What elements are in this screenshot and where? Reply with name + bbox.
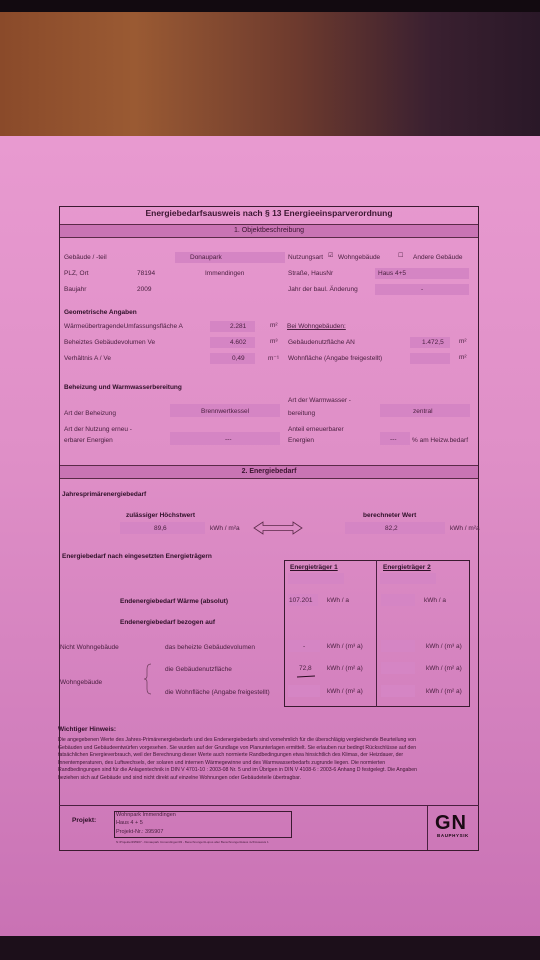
berechnet-value: 82,2	[385, 525, 398, 532]
row-wohnflaeche-unit-1: kWh / (m² a)	[327, 688, 363, 695]
geometrie-heading: Geometrische Angaben	[64, 309, 137, 316]
row-wohnflaeche-label: die Wohnfläche (Angabe freigestellt)	[165, 689, 270, 696]
checkbox-wohngebaeude[interactable]: ☑	[328, 252, 333, 259]
checkbox-andere[interactable]: ☐	[398, 252, 403, 259]
row-wohnflaeche-unit-2: kWh / (m² a)	[426, 688, 462, 695]
traeger-2-name-field	[380, 573, 436, 584]
endenergie-abs-field-2	[381, 594, 415, 606]
anteil-label-1: Anteil erneuerbarer	[288, 426, 344, 433]
warmwasser-label-2: bereitung	[288, 410, 315, 417]
baujahr-value: 2009	[137, 286, 151, 293]
ort-value: Immendingen	[205, 270, 244, 277]
erneuerbar-label-2: erbarer Energien	[64, 437, 113, 444]
wohn-label: Wohngebäude	[60, 679, 102, 686]
row-wohnflaeche-field-2	[381, 685, 415, 697]
warmwasser-value: zentral	[413, 408, 433, 415]
row-volumen-unit-2: kWh / (m³ a)	[426, 643, 462, 650]
row-wohnflaeche-field-1	[288, 685, 320, 697]
strasse-label: Straße, HausNr	[288, 270, 333, 277]
row-nutzflaeche-unit-2: kWh / (m² a)	[426, 665, 462, 672]
aenderung-value: -	[421, 286, 423, 293]
endenergie-abs-value-1: 107.201	[289, 597, 313, 604]
berechnet-unit: kWh / m²a	[450, 525, 480, 532]
compare-arrow-icon	[253, 521, 303, 535]
plz-label: PLZ, Ort	[64, 270, 89, 277]
plz-value: 78194	[137, 270, 155, 277]
projekt-line-2: Haus 4 + 5	[116, 820, 143, 826]
beheizung-label: Art der Beheizung	[64, 410, 116, 417]
wohnflaeche-label: Wohnfläche (Angabe freigestellt)	[288, 355, 382, 362]
section-1-heading: 1. Objektbeschreibung	[60, 224, 478, 238]
verhaeltnis-value: 0,49	[232, 355, 245, 362]
option-wohngebaeude: Wohngebäude	[338, 254, 380, 261]
nutzflaeche-label: Gebäudenutzfläche AN	[288, 339, 355, 346]
hinweis-text: Die angegebenen Werte des Jahres-Primäre…	[58, 737, 423, 783]
wohngebaeude-heading: Bei Wohngebäuden:	[287, 323, 346, 330]
projekt-label: Projekt:	[72, 817, 96, 824]
verhaeltnis-unit: m⁻¹	[268, 354, 279, 362]
row-nutzflaeche-unit-1: kWh / (m² a)	[327, 665, 363, 672]
wohnflaeche-field	[410, 353, 450, 364]
footer-logo-divider	[427, 805, 428, 850]
traeger-1-header: Energieträger 1	[290, 564, 338, 571]
nutzungsart-label: Nutzungsart	[288, 254, 323, 261]
document-title: Energiebedarfsausweis nach § 13 Energiee…	[60, 208, 478, 218]
row-volumen-field-2	[381, 640, 415, 652]
baujahr-label: Baujahr	[64, 286, 86, 293]
hinweis-heading: Wichtiger Hinweis:	[58, 726, 116, 733]
company-logo: GN	[435, 812, 467, 835]
nutzflaeche-value: 1.472,5	[422, 339, 444, 346]
footer-divider	[59, 805, 479, 806]
traeger-1-name-field	[288, 573, 344, 584]
berechnet-label: berechneter Wert	[363, 512, 416, 519]
endenergie-abs-label: Endenergiebedarf Wärme (absolut)	[120, 598, 228, 605]
row-volumen-label: das beheizte Gebäudevolumen	[165, 644, 255, 651]
row-nutzflaeche-field-2	[381, 662, 415, 674]
brace-icon	[143, 663, 153, 695]
warmwasser-label-1: Art der Warmwasser -	[288, 397, 351, 404]
file-path: N:\Projekte\395907 - Donaupark Immending…	[116, 840, 269, 844]
company-logo-subtitle: BAUPHYSIK	[437, 833, 469, 838]
gebaeude-value: Donaupark	[190, 254, 222, 261]
endenergie-abs-unit-1: kWh / a	[327, 597, 349, 604]
verhaeltnis-label: Verhältnis A / Ve	[64, 355, 111, 362]
zulaessig-label: zulässiger Höchstwert	[126, 512, 195, 519]
flaeche-a-value: 2.281	[230, 323, 246, 330]
nutzflaeche-unit: m²	[459, 338, 467, 345]
background-surface	[0, 0, 540, 140]
anteil-label-2: Energien	[288, 437, 314, 444]
flaeche-a-unit: m²	[270, 322, 278, 329]
beheizung-value: Brennwertkessel	[201, 408, 249, 415]
flaeche-a-label: WärmeübertragendeUmfassungsfläche A	[64, 323, 183, 330]
erneuerbar-label-1: Art der Nutzung erneu -	[64, 426, 132, 433]
background-edge	[0, 936, 540, 960]
wohnflaeche-unit: m²	[459, 354, 467, 361]
aenderung-label: Jahr der baul. Änderung	[288, 286, 358, 293]
strasse-value: Haus 4+5	[378, 270, 406, 277]
bezogen-label: Endenergiebedarf bezogen auf	[120, 619, 215, 626]
erneuerbar-value: ---	[225, 436, 232, 443]
anteil-unit: % am Heizw.bedarf	[412, 437, 468, 444]
traeger-2-header: Energieträger 2	[383, 564, 431, 571]
option-andere: Andere Gebäude	[413, 254, 463, 261]
jahres-heading: Jahresprimärenergiebedarf	[62, 491, 146, 498]
volumen-unit: m³	[270, 338, 278, 345]
projekt-line-1: Wohnpark Immendingen	[116, 812, 176, 818]
row-nutzflaeche-value-1: 72,8	[299, 665, 312, 672]
gebaeude-label: Gebäude / -teil	[64, 254, 107, 261]
anteil-value: ---	[390, 436, 397, 443]
zulaessig-value: 89,6	[154, 525, 167, 532]
traeger-heading: Energiebedarf nach eingesetzten Energiet…	[62, 553, 212, 560]
zulaessig-unit: kWh / m²a	[210, 525, 240, 532]
table-divider	[376, 560, 377, 707]
section-2-heading: 2. Energiebedarf	[60, 465, 478, 479]
row-volumen-unit-1: kWh / (m³ a)	[327, 643, 363, 650]
projekt-line-3: Projekt-Nr.: 395907	[116, 829, 163, 835]
nicht-wohn-label: Nicht Wohngebäude	[60, 644, 119, 651]
volumen-value: 4.602	[230, 339, 246, 346]
heizung-heading: Beheizung und Warmwasserbereitung	[64, 384, 182, 391]
endenergie-abs-unit-2: kWh / a	[424, 597, 446, 604]
volumen-label: Beheiztes Gebäudevolumen Ve	[64, 339, 155, 346]
row-volumen-value-1: -	[303, 643, 305, 650]
row-nutzflaeche-label: die Gebäudenutzfläche	[165, 666, 232, 673]
